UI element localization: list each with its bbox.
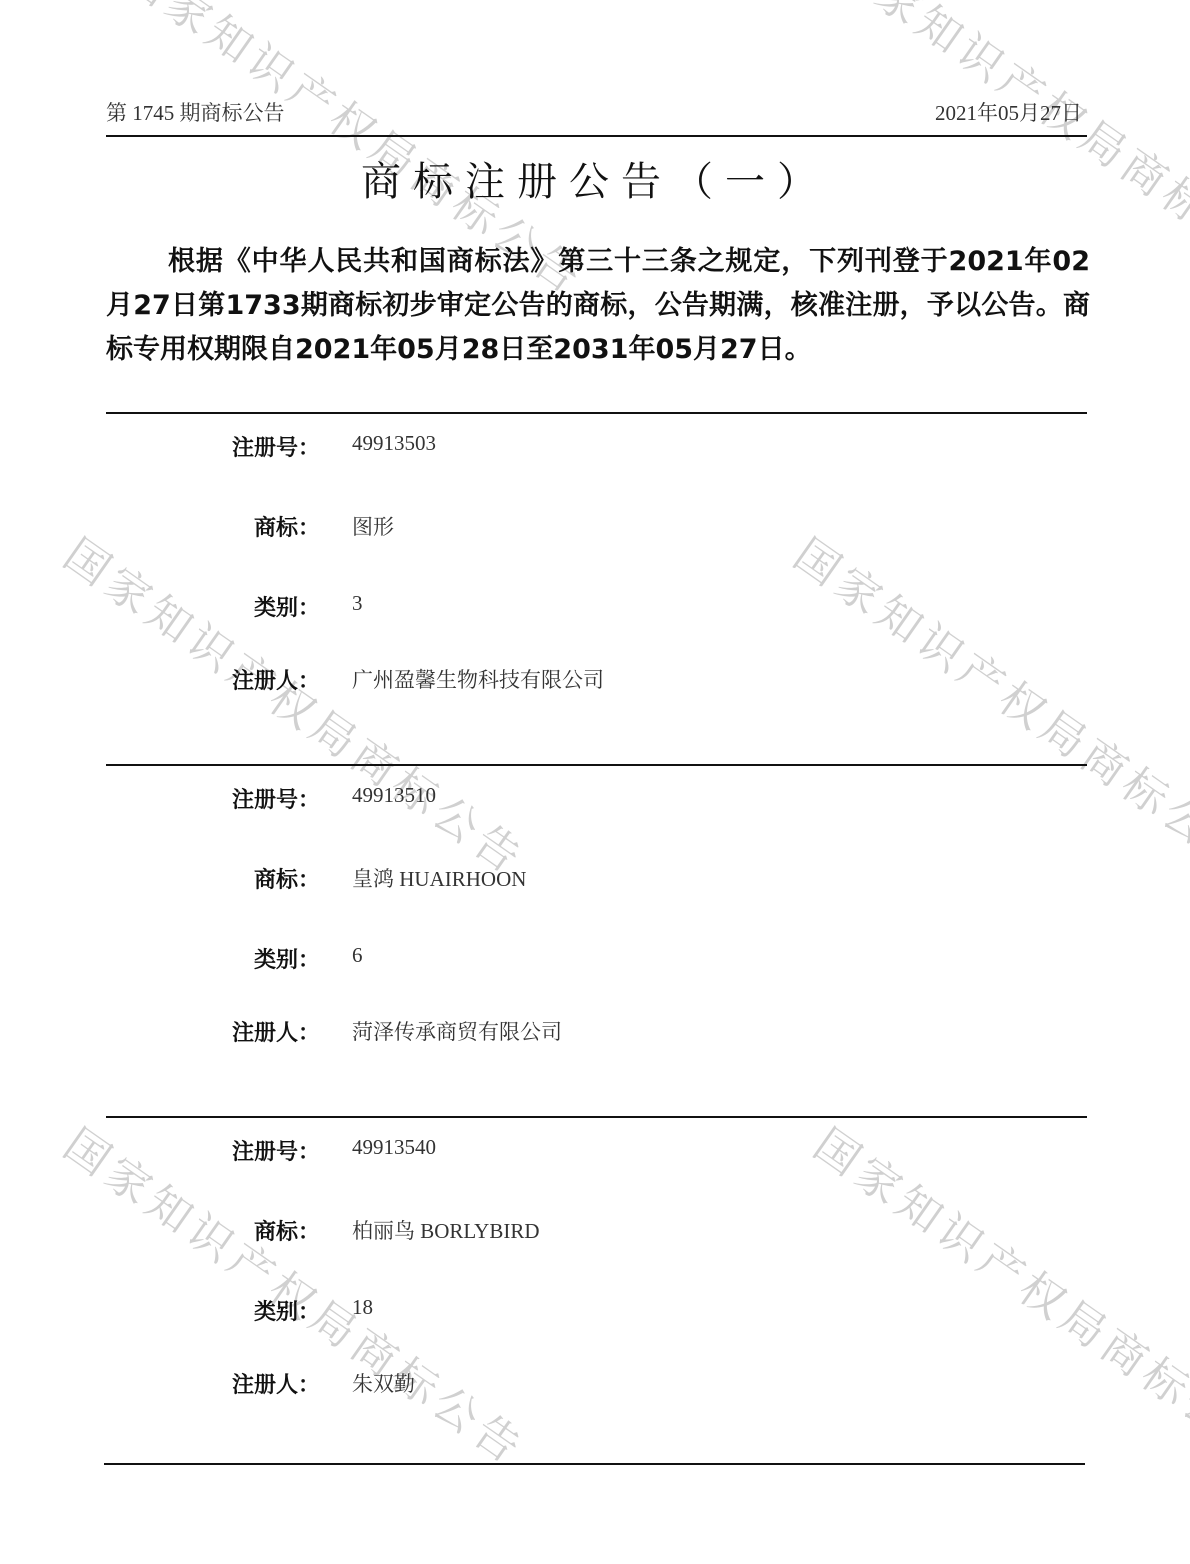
registrant-row: 注册人： 菏泽传承商贸有限公司 xyxy=(0,1016,1190,1046)
registrant-value: 菏泽传承商贸有限公司 xyxy=(352,1016,562,1046)
reg-no-row: 注册号： 49913540 xyxy=(0,1135,1190,1165)
reg-no-value: 49913510 xyxy=(352,783,436,808)
class-value: 3 xyxy=(352,591,363,616)
mark-label: 商标： xyxy=(160,1215,320,1246)
registrant-value: 朱双勤 xyxy=(352,1368,415,1398)
class-label: 类别： xyxy=(160,591,320,622)
class-value: 6 xyxy=(352,943,363,968)
class-row: 类别： 3 xyxy=(0,591,1190,621)
intro-paragraph: 根据《中华人民共和国商标法》第三十三条之规定，下列刊登于2021年02月27日第… xyxy=(106,240,1090,372)
mark-value: 图形 xyxy=(352,511,394,541)
document-page: 第 1745 期商标公告 2021年05月27日 商标注册公告（一） 根据《中华… xyxy=(0,0,1190,1564)
reg-no-value: 49913540 xyxy=(352,1135,436,1160)
record-divider xyxy=(106,412,1087,414)
mark-value: 柏丽鸟 BORLYBIRD xyxy=(352,1215,540,1245)
reg-no-row: 注册号： 49913510 xyxy=(0,783,1190,813)
class-label: 类别： xyxy=(160,1295,320,1326)
header-divider xyxy=(106,135,1087,137)
class-row: 类别： 6 xyxy=(0,943,1190,973)
class-value: 18 xyxy=(352,1295,373,1320)
record-divider xyxy=(106,1116,1087,1118)
reg-no-label: 注册号： xyxy=(160,783,320,814)
registrant-row: 注册人： 广州盈馨生物科技有限公司 xyxy=(0,664,1190,694)
issue-number: 第 1745 期商标公告 xyxy=(106,97,285,127)
reg-no-label: 注册号： xyxy=(160,431,320,462)
reg-no-row: 注册号： 49913503 xyxy=(0,431,1190,461)
reg-no-label: 注册号： xyxy=(160,1135,320,1166)
registrant-label: 注册人： xyxy=(160,1368,320,1399)
issue-date: 2021年05月27日 xyxy=(935,97,1082,127)
mark-row: 商标： 图形 xyxy=(0,511,1190,541)
mark-value: 皇鸿 HUAIRHOON xyxy=(352,863,526,893)
registrant-label: 注册人： xyxy=(160,664,320,695)
mark-label: 商标： xyxy=(160,511,320,542)
mark-row: 商标： 皇鸿 HUAIRHOON xyxy=(0,863,1190,893)
class-label: 类别： xyxy=(160,943,320,974)
registrant-row: 注册人： 朱双勤 xyxy=(0,1368,1190,1398)
mark-row: 商标： 柏丽鸟 BORLYBIRD xyxy=(0,1215,1190,1245)
record-divider xyxy=(104,1463,1085,1465)
mark-label: 商标： xyxy=(160,863,320,894)
registrant-label: 注册人： xyxy=(160,1016,320,1047)
reg-no-value: 49913503 xyxy=(352,431,436,456)
class-row: 类别： 18 xyxy=(0,1295,1190,1325)
page-title: 商标注册公告（一） xyxy=(0,150,1190,207)
registrant-value: 广州盈馨生物科技有限公司 xyxy=(352,664,604,694)
record-divider xyxy=(106,764,1087,766)
